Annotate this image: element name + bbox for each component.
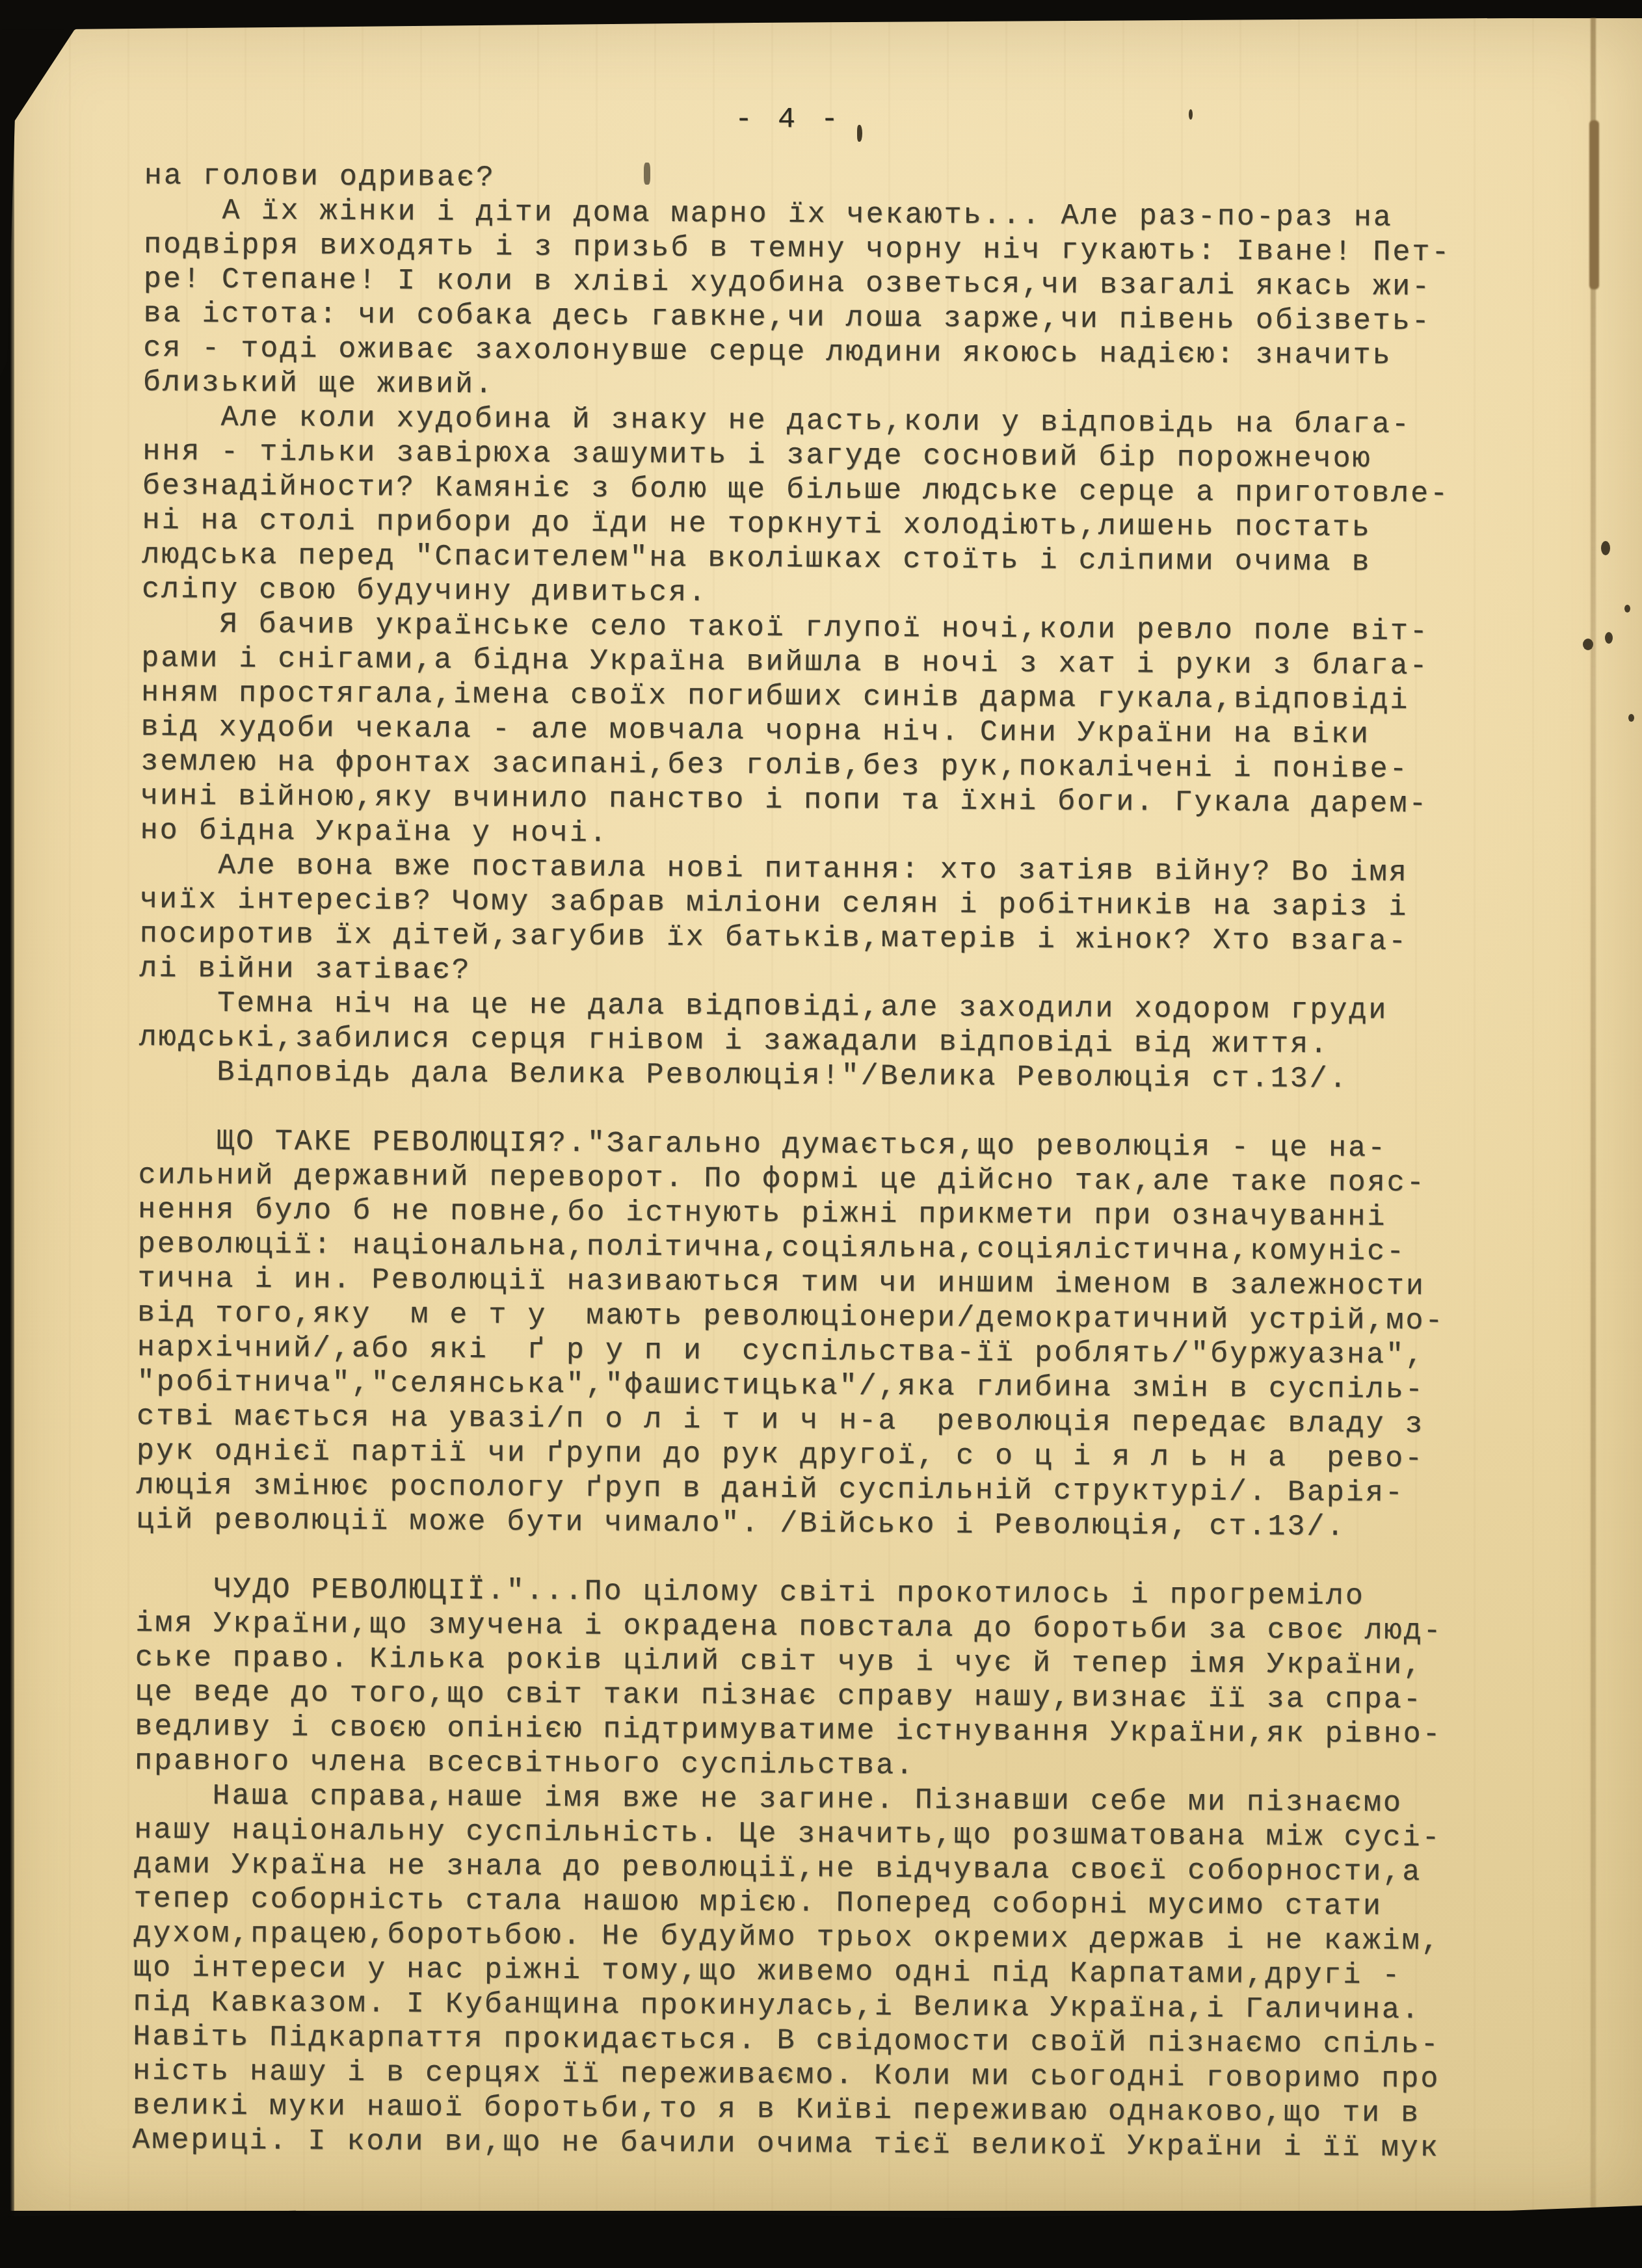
ink-speck <box>1628 714 1634 722</box>
scan-edge-bottom <box>0 2206 1642 2268</box>
page-number: - 4 - <box>735 103 842 136</box>
ink-speck <box>857 125 862 142</box>
ink-speck <box>1583 639 1593 650</box>
ink-speck <box>644 163 650 185</box>
ink-speck <box>1624 605 1630 613</box>
scanned-document-page: - 4 - на голови одриває? А їх жінки і ді… <box>0 0 1642 2268</box>
paper-crease <box>1591 0 1596 2268</box>
ink-speck <box>1189 109 1193 120</box>
document-text: на голови одриває? А їх жінки і діти дом… <box>132 159 1536 2166</box>
paper-crease-dark-segment <box>1589 120 1599 289</box>
ink-speck <box>1605 632 1613 644</box>
ink-speck <box>1601 541 1610 555</box>
